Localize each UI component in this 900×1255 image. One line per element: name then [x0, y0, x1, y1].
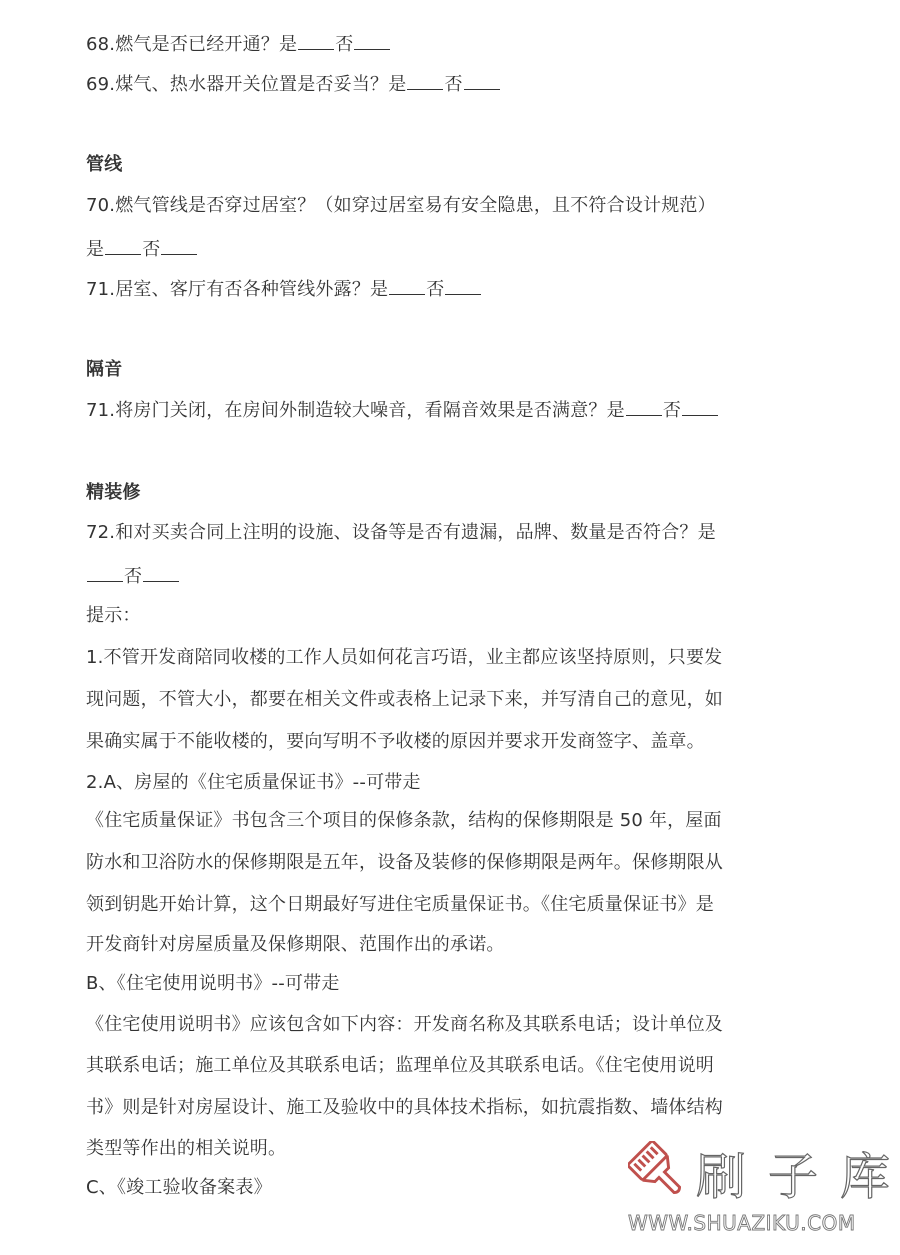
tip2b-title: B、《住宅使用说明书》--可带走	[86, 971, 340, 997]
answer-blank	[445, 278, 481, 295]
section-heading-pipes: 管线	[86, 152, 122, 178]
question-71a: 71.居室、客厅有否各种管线外露？是否	[86, 277, 482, 303]
answer-blank	[464, 73, 500, 90]
answer-blank	[389, 278, 425, 295]
tip2a-line: 《住宅质量保证》书包含三个项目的保修条款，结构的保修期限是 50 年，屋面	[86, 808, 722, 834]
tips-label: 提示：	[86, 603, 141, 629]
question-68: 68.燃气是否已经开通？是否	[86, 32, 391, 58]
paintbrush-icon	[628, 1141, 690, 1203]
tip2c-title: C、《竣工验收备案表》	[86, 1175, 272, 1201]
answer-blank	[143, 565, 179, 582]
answer-blank	[354, 33, 390, 50]
question-69: 69.煤气、热水器开关位置是否妥当？是否	[86, 72, 501, 98]
answer-blank	[105, 238, 141, 255]
tip2b-line: 其联系电话；施工单位及其联系电话；监理单位及其联系电话。《住宅使用说明	[86, 1053, 714, 1079]
watermark-brand: 刷子库	[696, 1137, 900, 1209]
answer-blank	[161, 238, 197, 255]
question-70-answer: 是否	[86, 237, 198, 263]
tip2a-line: 开发商针对房屋质量及保修期限、范围作出的承诺。	[86, 932, 505, 958]
answer-blank	[407, 73, 443, 90]
watermark-logo: 刷子库 WWW.SHUAZIKU.COM	[628, 1133, 878, 1243]
tip2a-line: 防水和卫浴防水的保修期限是五年，设备及装修的保修期限是两年。保修期限从	[86, 850, 723, 876]
answer-blank	[87, 565, 123, 582]
question-70: 70.燃气管线是否穿过居室？（如穿过居室易有安全隐患，且不符合设计规范）	[86, 193, 716, 219]
answer-blank	[626, 399, 662, 416]
section-heading-finish: 精装修	[86, 480, 141, 506]
question-71b: 71.将房门关闭，在房间外制造较大噪音，看隔音效果是否满意？是否	[86, 398, 719, 424]
question-72: 72.和对买卖合同上注明的设施、设备等是否有遗漏，品牌、数量是否符合？是	[86, 520, 716, 546]
answer-blank	[298, 33, 334, 50]
tip2a-line: 领到钥匙开始计算，这个日期最好写进住宅质量保证书。《住宅质量保证书》是	[86, 892, 714, 918]
tip2b-line: 书》则是针对房屋设计、施工及验收中的具体技术指标，如抗震指数、墙体结构	[86, 1095, 723, 1121]
answer-blank	[682, 399, 718, 416]
watermark-url: WWW.SHUAZIKU.COM	[628, 1211, 856, 1235]
tip2b-line: 类型等作出的相关说明。	[86, 1136, 286, 1162]
question-72-answer: 否	[86, 564, 180, 590]
tip1-line: 果确实属于不能收楼的，要向写明不予收楼的原因并要求开发商签字、盖章。	[86, 729, 705, 755]
section-heading-sound: 隔音	[86, 357, 122, 383]
tip2b-line: 《住宅使用说明书》应该包含如下内容：开发商名称及其联系电话；设计单位及	[86, 1012, 723, 1038]
tip1-line: 现问题，不管大小，都要在相关文件或表格上记录下来，并写清自己的意见，如	[86, 687, 723, 713]
tip2a-title: 2.A、房屋的《住宅质量保证书》--可带走	[86, 770, 421, 796]
tip1-line: 1.不管开发商陪同收楼的工作人员如何花言巧语，业主都应该坚持原则，只要发	[86, 645, 722, 671]
